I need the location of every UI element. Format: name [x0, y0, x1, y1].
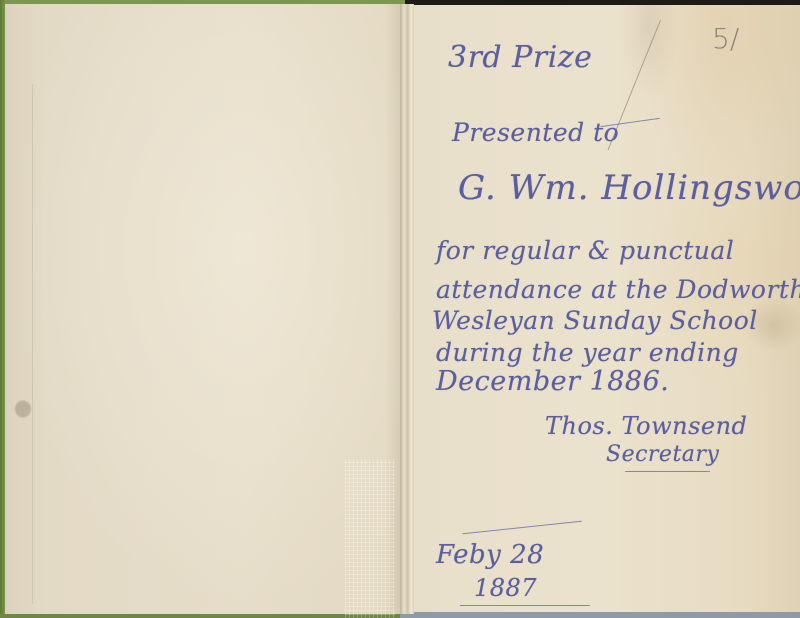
- signatory-name: Thos. Townsend: [545, 412, 747, 440]
- citation-line-1: for regular & punctual: [436, 236, 734, 265]
- recipient-name: G. Wm. Hollingsworth: [458, 168, 800, 208]
- prize-heading: 3rd Prize: [448, 40, 592, 75]
- scanned-book-spread: 5/ 3rd Prize Presented to G. Wm. Holling…: [0, 0, 800, 618]
- citation-line-3: Wesleyan Sunday School: [432, 306, 758, 335]
- book-gutter: [400, 4, 414, 614]
- date-line-2: 1887: [474, 574, 537, 602]
- date-underline: [460, 605, 590, 606]
- pencil-price-mark: 5/: [712, 22, 739, 55]
- signature-underline: [625, 471, 710, 472]
- left-endpaper: [5, 4, 405, 614]
- presented-to-label: Presented to: [452, 118, 619, 147]
- citation-line-5: December 1886.: [436, 366, 669, 397]
- hinge-crease: [32, 84, 33, 604]
- date-line-1: Feby 28: [436, 540, 544, 570]
- citation-line-2: attendance at the Dodworth: [436, 275, 800, 304]
- cover-edge-bottom-right: [400, 612, 800, 618]
- binding-mesh-patch: [345, 459, 395, 618]
- citation-line-4: during the year ending: [436, 338, 739, 367]
- signatory-title: Secretary: [606, 442, 719, 467]
